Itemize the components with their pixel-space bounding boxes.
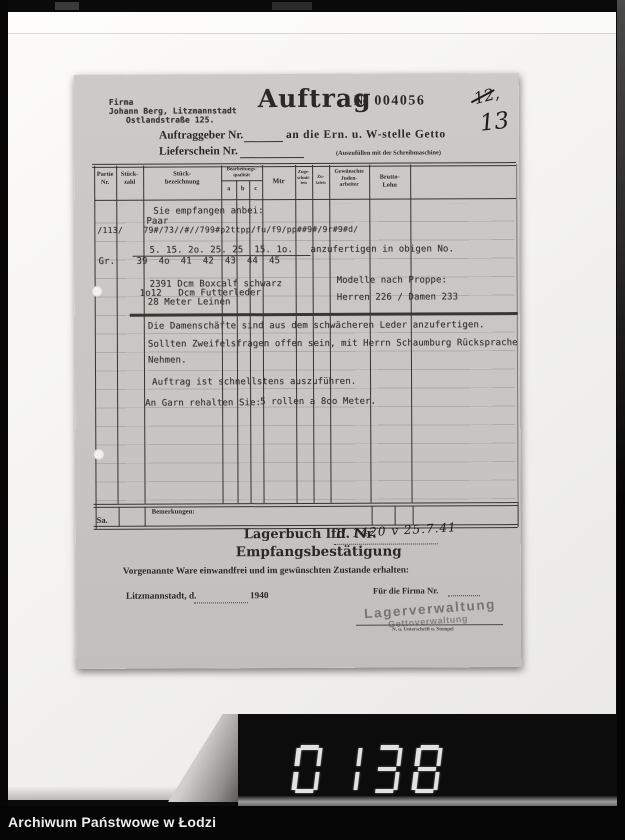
counter-digit-segment <box>378 767 397 772</box>
table-column-line <box>518 502 519 527</box>
typed-note3: Nehmen. <box>148 355 187 365</box>
table-header-bruttolohn: Brutto- Lohn <box>369 174 410 189</box>
year-label: 1940 <box>250 591 269 601</box>
typed-garn-label: An Garn rehalten Sie: <box>145 398 261 409</box>
firma-nr-label: Für die Firma Nr. <box>373 585 438 595</box>
backing-highlight <box>8 12 616 33</box>
film-edge-top <box>0 0 625 12</box>
empfang-heading: Empfangsbestätigung <box>236 544 402 561</box>
table-header-stueckzahl: Stück- zahl <box>116 171 143 186</box>
counter-digit-segment <box>294 748 301 766</box>
hole-punch-bottom <box>93 449 104 460</box>
typed-garn-value: 5 rollen a 8oo Meter. <box>260 397 376 408</box>
counter-digit-segment <box>356 748 363 766</box>
typed-instruction: anzufertigen in obigen No. <box>310 244 454 255</box>
table-header-qual-b: b <box>236 185 249 193</box>
stamp-note: N. u. Unterschrift u. Stempel <box>392 627 454 632</box>
backing-seam <box>8 33 616 34</box>
film-edge-left <box>0 0 8 840</box>
counter-digit-segment <box>313 772 320 790</box>
table-header-qualitaet: Bearbeitungs- qualität <box>220 167 263 179</box>
table-column-line <box>329 165 331 503</box>
bemerkungen-label: Bemerkungen: <box>152 508 195 515</box>
table-right-border <box>516 164 518 502</box>
table-header-qual-a: a <box>221 185 236 193</box>
typed-note4: Auftrag ist schnellstens auszuführen. <box>152 377 356 388</box>
counter-digit-segment <box>316 748 323 766</box>
counter-digit-segment <box>353 772 360 790</box>
table-header-qual-c: c <box>249 185 262 193</box>
table-column-line <box>295 165 297 503</box>
film-notch <box>272 2 312 10</box>
table-column-line <box>119 507 120 527</box>
counter-digit <box>291 745 323 793</box>
typed-sizes: 39 4o 41 42 43 44 45 <box>136 256 280 267</box>
counter-digit-segment <box>411 772 418 790</box>
typed-modelle-line1: Modelle nach Proppe: <box>337 275 447 285</box>
counter-digit-segment <box>393 772 400 790</box>
table-grid <box>74 73 522 669</box>
counter-digit-segment <box>418 767 437 772</box>
document-scan: Firma Johann Berg, Litzmannstadt Ostland… <box>74 73 522 669</box>
table-header-stueckbezeichnung: Stück- bezeichnung <box>143 170 221 186</box>
counter-digit <box>371 745 403 793</box>
typed-note1: Die Damenschäfte sind aus dem schwächere… <box>148 320 485 331</box>
counter-display <box>284 745 450 793</box>
table-column-line <box>369 165 371 503</box>
archive-watermark: Archiwum Państwowe w Łodzi <box>8 814 216 830</box>
counter-digit-segment <box>414 748 421 766</box>
counter-digit-segment <box>396 748 403 766</box>
counter-digit-segment <box>433 772 440 790</box>
counter-digit-segment <box>436 748 443 766</box>
place-date-label: Litzmannstadt, d. <box>126 591 197 601</box>
table-header-judenarbeiter: Gewünschte Juden- arbeiter <box>329 169 369 189</box>
table-header-zutaten: Zu- taten <box>312 174 329 185</box>
table-column-line <box>145 507 146 527</box>
counter-digit <box>331 745 363 793</box>
table-header-mtr: Mtr <box>262 177 295 186</box>
typed-intro: Sie empfangen anbei: <box>153 206 263 216</box>
sa-label: Sa. <box>97 515 108 525</box>
counter-digit-segment <box>375 789 394 794</box>
photo-frame: Firma Johann Berg, Litzmannstadt Ostland… <box>0 0 625 840</box>
table-header-zugeschnitten: Zuge- schnit- ten <box>295 169 312 186</box>
confirmation-statement: Vorgenannte Ware einwandfrei und im gewü… <box>123 566 409 577</box>
film-notch <box>55 2 79 10</box>
counter-digit-segment <box>415 789 434 794</box>
table-column-line <box>116 166 118 504</box>
typed-material3: 28 Meter Leinen <box>148 297 231 307</box>
counter-digit-segment <box>420 745 439 750</box>
counter-digit-segment <box>300 745 319 750</box>
film-edge-right <box>617 0 625 840</box>
counter-digit-segment <box>295 789 314 794</box>
table-column-line <box>410 165 412 503</box>
typed-gr-label: Gr. <box>99 257 116 267</box>
hole-punch-top <box>92 286 103 297</box>
table-column-line <box>143 166 145 504</box>
typed-note2: Sollten Zweifelsfragen offen sein, mit H… <box>148 338 518 350</box>
typed-struck-line: /113/ 79#/73//#//799#p2ttpp/fu/f9/pp##9#… <box>97 225 358 235</box>
counter-digit <box>411 745 443 793</box>
archive-band: Archiwum Państwowe w Łodzi <box>0 806 625 840</box>
table-header-partie: Partie Nr. <box>94 171 116 186</box>
counter-digit-segment <box>291 772 298 790</box>
typed-modelle-line2: Herren 226 / Damen 233 <box>337 292 458 303</box>
table-column-line <box>372 506 373 526</box>
date-blank-line <box>194 601 248 603</box>
firma-blank-line <box>448 594 480 596</box>
table-column-line <box>312 165 314 503</box>
counter-digit-segment <box>380 745 399 750</box>
